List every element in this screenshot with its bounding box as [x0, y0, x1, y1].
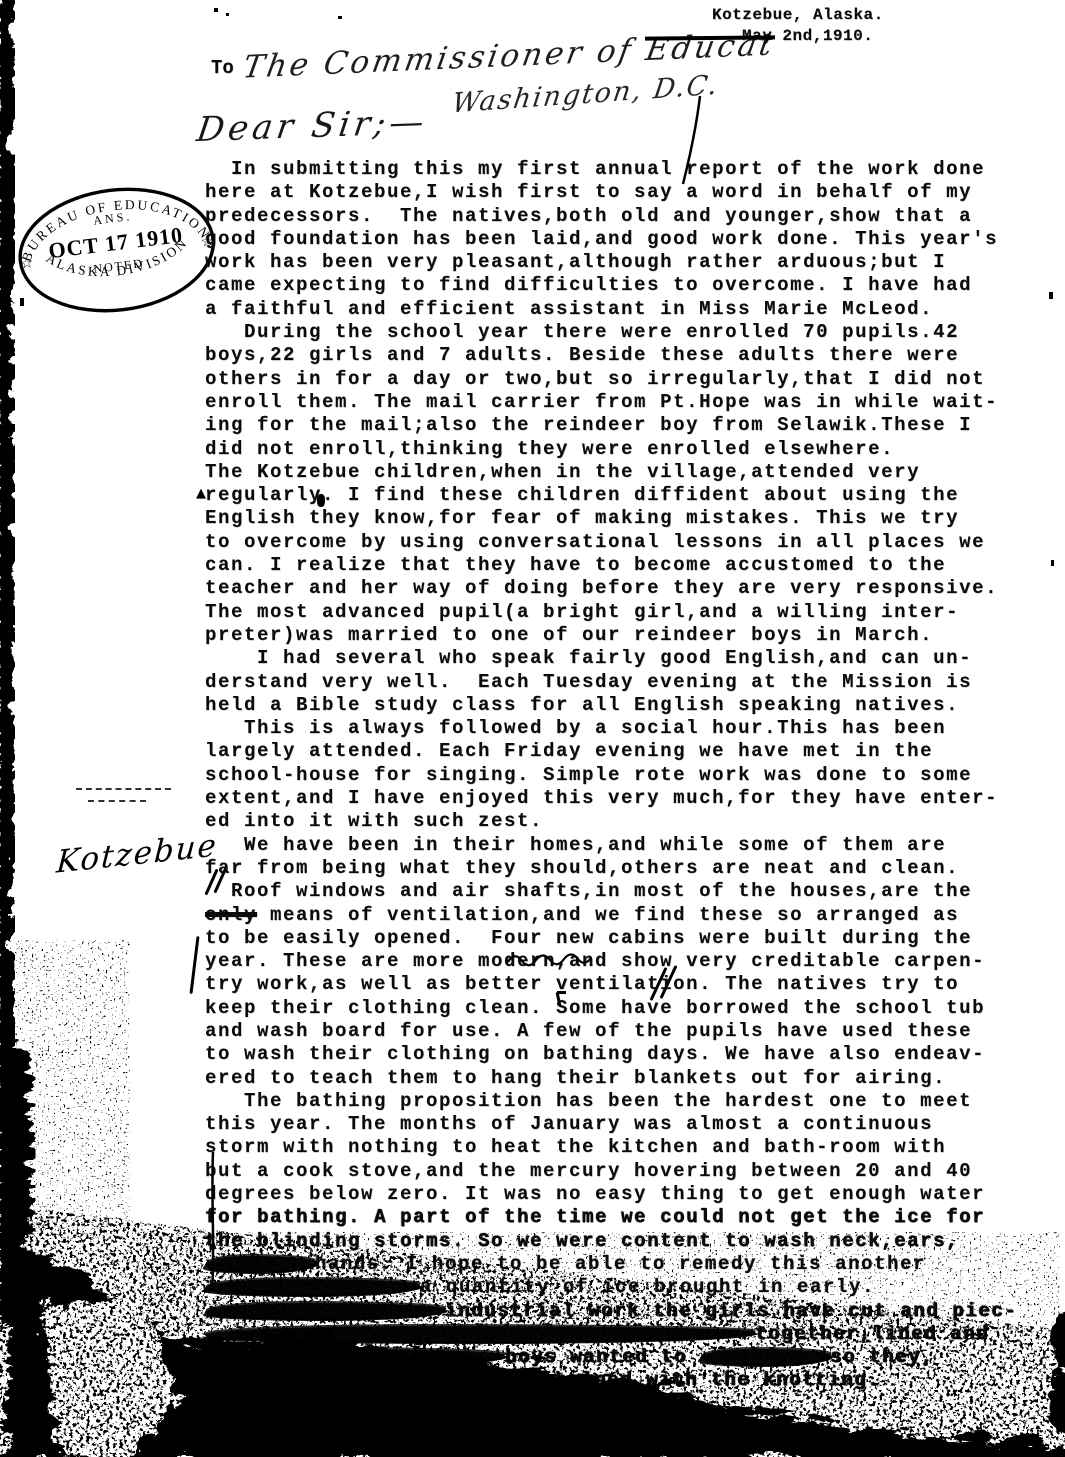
handwritten-margin-note: Kotzebue — [55, 827, 219, 880]
letter-line: During the school year there were enroll… — [205, 321, 1035, 344]
letter-line: a faithful and efficient assistant in Mi… — [205, 298, 1035, 321]
scanned-letter-page: Kotzebue, Alaska. May 2nd,1910. To The C… — [0, 0, 1065, 1457]
paragraph: The most advanced pupil(a bright girl,an… — [205, 601, 1035, 648]
to-prefix: To — [211, 57, 234, 79]
letter-line: to wash their clothing on bathing days. … — [205, 1043, 1035, 1066]
letter-line: industrial work the girls have cut and p… — [205, 1300, 1035, 1323]
speck — [1049, 292, 1053, 299]
ink-smudge — [205, 1279, 420, 1294]
paragraph: During the school year there were enroll… — [205, 321, 1035, 461]
letter-line: derstand very well. Each Tuesday evening… — [205, 671, 1035, 694]
margin-dash-mark — [76, 788, 171, 790]
edge-blot — [1045, 1366, 1065, 1434]
letter-line: to be easily opened. Four new cabins wer… — [205, 927, 1035, 950]
paragraph: industrial work the girls have cut and p… — [205, 1300, 1035, 1393]
letter-body: In submitting this my first annual repor… — [205, 158, 1035, 1393]
letter-line: degrees below zero. It was no easy thing… — [205, 1183, 1035, 1206]
paragraph: In submitting this my first annual repor… — [205, 158, 1035, 321]
speck — [214, 8, 218, 12]
line-segment: the blinding storms. So we were content … — [205, 1230, 959, 1252]
stamp-star-left-icon: ☆ — [19, 253, 35, 273]
letter-line: We have been in their homes,and while so… — [205, 834, 1035, 857]
letter-line: boys wanted to so they, — [205, 1346, 1035, 1369]
line-segment: so they, — [830, 1346, 934, 1368]
letter-line: storm with nothing to heat the kitchen a… — [205, 1136, 1035, 1159]
letter-line: The bathing proposition has been the har… — [205, 1090, 1035, 1113]
strikethrough-word: only — [205, 904, 257, 926]
letter-line: teacher and her way of doing before they… — [205, 577, 1035, 600]
letter-line: The most advanced pupil(a bright girl,an… — [205, 601, 1035, 624]
speck — [226, 13, 229, 16]
letter-line: only means of ventilation,and we find th… — [205, 904, 1035, 927]
line-segment: boys wanted to — [505, 1346, 700, 1368]
paragraph: This is always followed by a social hour… — [205, 717, 1035, 833]
letter-line: came expecting to find difficulties to o… — [205, 274, 1035, 297]
ink-smudge — [205, 1372, 555, 1387]
letter-line: together,lined and — [205, 1323, 1035, 1346]
letter-line: keep their clothing clean. Some have bor… — [205, 997, 1035, 1020]
paragraph: I had several who speak fairly good Engl… — [205, 647, 1035, 717]
letter-line: but a cook stove,and the mercury hoverin… — [205, 1160, 1035, 1183]
left-scan-edge — [0, 1040, 26, 1320]
letter-line: English they know,for fear of making mis… — [205, 507, 1035, 530]
letter-line: held a Bible study class for all English… — [205, 694, 1035, 717]
letter-line: enroll them. The mail carrier from Pt.Ho… — [205, 391, 1035, 414]
ink-smudge — [205, 1256, 315, 1271]
line-segment: helped with the knotting. — [555, 1369, 880, 1391]
letter-line: others in for a day or two,but so irregu… — [205, 368, 1035, 391]
letter-line: school-house for singing. Simple rote wo… — [205, 764, 1035, 787]
ink-smudge — [700, 1349, 830, 1364]
paragraph: The Kotzebue children,when in the villag… — [205, 461, 1035, 601]
letter-line: I had several who speak fairly good Engl… — [205, 647, 1035, 670]
letter-line: boys,22 girls and 7 adults. Beside these… — [205, 344, 1035, 367]
letter-line: the blinding storms. So we were content … — [205, 1230, 1035, 1253]
line-segment: means of ventilation,and we find these s… — [257, 904, 959, 926]
paper-crease — [36, 1290, 178, 1457]
left-scan-edge — [0, 0, 11, 1114]
letter-line: This is always followed by a social hour… — [205, 717, 1035, 740]
ink-smudge — [205, 1349, 505, 1364]
letter-line: predecessors. The natives,both old and y… — [205, 205, 1035, 228]
letter-line: ered to teach them to hang their blanket… — [205, 1067, 1035, 1090]
letter-line: preter)was married to one of our reindee… — [205, 624, 1035, 647]
handwritten-recipient-line2: Washington, D.C. — [450, 69, 721, 119]
margin-dash-mark — [88, 800, 146, 802]
letter-line: In submitting this my first annual repor… — [205, 158, 1035, 181]
letter-line: to overcome by using conversational less… — [205, 531, 1035, 554]
bureau-stamp: BUREAU OF EDUCATION ANS. OCT 17 1910 NOT… — [4, 168, 230, 338]
speck — [1051, 560, 1054, 566]
paragraph: The bathing proposition has been the har… — [205, 1090, 1035, 1300]
letter-line: this year. The months of January was alm… — [205, 1113, 1035, 1136]
letter-line: can. I realize that they have to become … — [205, 554, 1035, 577]
ink-smudge — [205, 1303, 445, 1318]
letter-line: Roof windows and air shafts,in most of t… — [205, 880, 1035, 903]
letter-line: ed into it with such zest. — [205, 810, 1035, 833]
letter-line: largely attended. Each Friday evening we… — [205, 740, 1035, 763]
letter-line: try work,as well as better ventilation. … — [205, 973, 1035, 996]
letter-line: helped with the knotting. — [205, 1369, 1035, 1392]
letter-line: hands. I hope to be able to remedy this … — [205, 1253, 1035, 1276]
line-segment: industrial work the girls have cut and p… — [445, 1300, 1017, 1322]
handwritten-salutation: Dear Sir;— — [194, 102, 430, 150]
line-segment: for bathing. A part of the time we could… — [205, 1206, 985, 1228]
paragraph: We have been in their homes,and while so… — [205, 834, 1035, 1090]
letter-line: work has been very pleasant,although rat… — [205, 251, 1035, 274]
letter-line: for bathing. A part of the time we could… — [205, 1206, 1035, 1229]
speck — [338, 16, 342, 19]
letter-line: here at Kotzebue,I wish first to say a w… — [205, 181, 1035, 204]
letter-line: The Kotzebue children,when in the villag… — [205, 461, 1035, 484]
letter-line: good foundation has been laid,and good w… — [205, 228, 1035, 251]
letter-line: did not enroll,thinking they were enroll… — [205, 438, 1035, 461]
letter-line: and wash board for use. A few of the pup… — [205, 1020, 1035, 1043]
letter-line: regularly. I find these children diffide… — [205, 484, 1035, 507]
proof-slash-mark — [189, 936, 199, 994]
letter-line: year. These are more modern,and show ver… — [205, 950, 1035, 973]
letter-line: far from being what they should,others a… — [205, 857, 1035, 880]
edge-blot — [1049, 1305, 1065, 1365]
speckle-noise — [0, 940, 130, 1240]
line-segment: a quantity of ice brought in early. — [420, 1276, 875, 1298]
letter-line: ing for the mail;also the reindeer boy f… — [205, 414, 1035, 437]
letter-line: a quantity of ice brought in early. — [205, 1276, 1035, 1299]
ink-smudge — [205, 1326, 755, 1341]
line-segment: together,lined and — [755, 1323, 989, 1345]
letter-line: extent,and I have enjoyed this very much… — [205, 787, 1035, 810]
location-line: Kotzebue, Alaska. — [712, 6, 884, 24]
line-segment: hands. I hope to be able to remedy this … — [315, 1253, 926, 1275]
